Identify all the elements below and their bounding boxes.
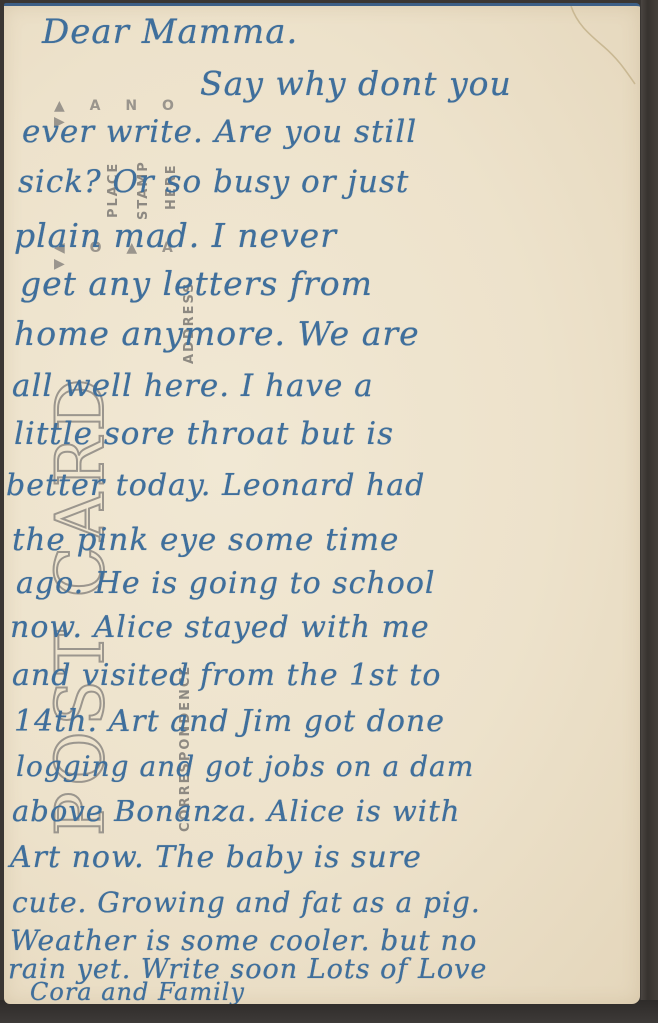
letter-line: ago. He is going to school bbox=[16, 566, 436, 601]
letter-line: ever write. Are you still bbox=[22, 114, 417, 150]
postcard: ▲ A N O ▶ PLACE STAMP HERE ◀ O ▲ A ▶ ADD… bbox=[4, 3, 640, 1004]
letter-line: get any letters from bbox=[20, 264, 373, 303]
salutation: Dear Mamma. bbox=[42, 12, 298, 52]
letter-line: the pink eye some time bbox=[12, 522, 399, 558]
letter-line: now. Alice stayed with me bbox=[10, 610, 430, 645]
signature: Cora and Family bbox=[30, 978, 245, 1004]
letter-line: Say why dont you bbox=[200, 64, 512, 103]
letter-line: better today. Leonard had bbox=[6, 468, 425, 503]
letter-line: plain mad. I never bbox=[14, 216, 337, 255]
letter-line: Art now. The baby is sure bbox=[10, 840, 422, 875]
letter-line: and visited from the 1st to bbox=[12, 658, 441, 693]
letter-line: cute. Growing and fat as a pig. bbox=[12, 886, 481, 919]
letter-line: logging and got jobs on a dam bbox=[16, 750, 474, 783]
letter-line: 14th. Art and Jim got done bbox=[14, 704, 445, 739]
letter-line: little sore throat but is bbox=[14, 416, 394, 452]
handwritten-letter: Dear Mamma. Say why dont you ever write.… bbox=[4, 6, 640, 1004]
letter-line: home anymore. We are bbox=[14, 314, 420, 353]
letter-line: all well here. I have a bbox=[12, 368, 374, 404]
letter-line: Weather is some cooler. but no bbox=[10, 924, 477, 957]
letter-line: above Bonanza. Alice is with bbox=[12, 794, 460, 828]
background-right-edge bbox=[641, 0, 658, 1023]
letter-line: sick? Or so busy or just bbox=[18, 164, 409, 200]
